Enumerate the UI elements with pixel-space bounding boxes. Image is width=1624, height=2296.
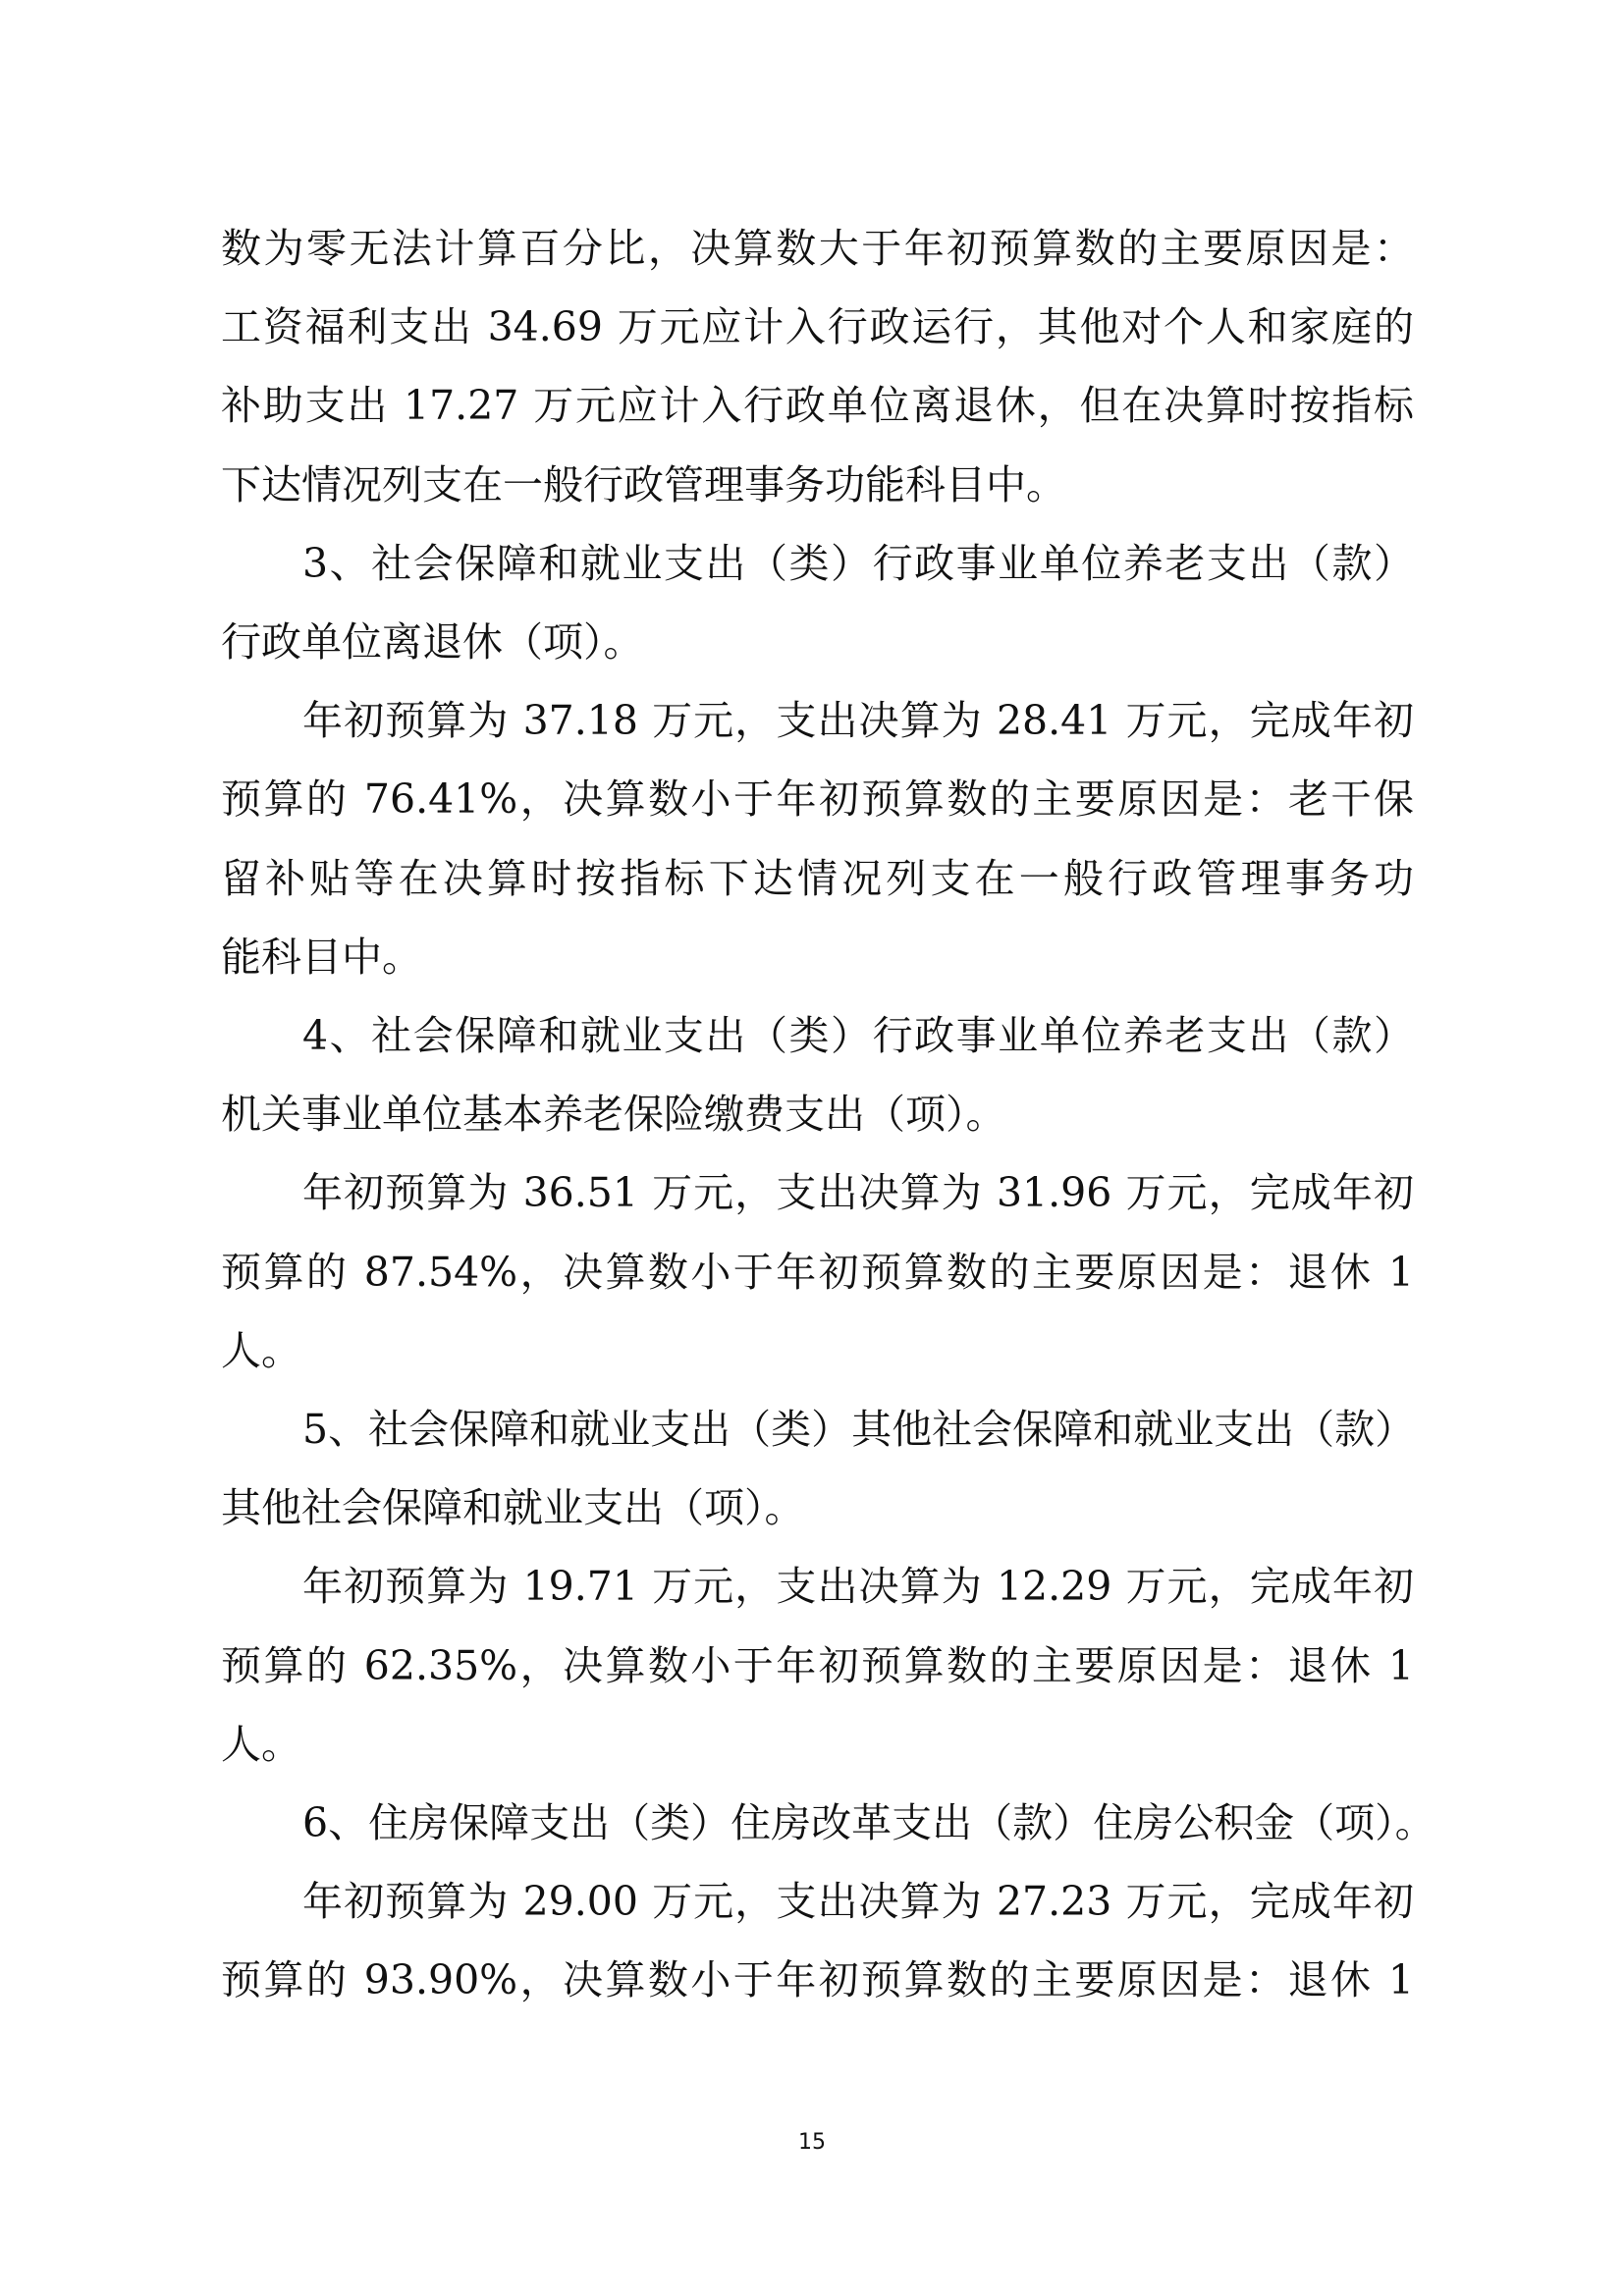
text-line: 机关事业单位基本养老保险缴费支出（项）。 bbox=[221, 1075, 1414, 1153]
text-line: 6、住房保障支出（类）住房改革支出（款）住房公积金（项）。 bbox=[302, 1784, 1414, 1862]
document-page: 数为零无法计算百分比，决算数大于年初预算数的主要原因是：工资福利支出 34.69… bbox=[0, 0, 1624, 2296]
text-line: 3、社会保障和就业支出（类）行政事业单位养老支出（款） bbox=[302, 524, 1414, 603]
text-line: 预算的 93.90%，决算数小于年初预算数的主要原因是：退休 1 bbox=[221, 1941, 1414, 2019]
text-line: 工资福利支出 34.69 万元应计入行政运行，其他对个人和家庭的 bbox=[221, 288, 1414, 366]
text-line: 4、社会保障和就业支出（类）行政事业单位养老支出（款） bbox=[302, 996, 1414, 1075]
text-line: 人。 bbox=[221, 1705, 1414, 1784]
text-line: 预算的 87.54%，决算数小于年初预算数的主要原因是：退休 1 bbox=[221, 1233, 1414, 1311]
text-line: 下达情况列支在一般行政管理事务功能科目中。 bbox=[221, 446, 1414, 524]
text-line: 行政单位离退休（项）。 bbox=[221, 603, 1414, 681]
text-line: 年初预算为 37.18 万元，支出决算为 28.41 万元，完成年初 bbox=[302, 681, 1414, 760]
text-line: 5、社会保障和就业支出（类）其他社会保障和就业支出（款） bbox=[302, 1390, 1414, 1468]
text-line: 年初预算为 19.71 万元，支出决算为 12.29 万元，完成年初 bbox=[302, 1547, 1414, 1626]
text-line: 预算的 62.35%，决算数小于年初预算数的主要原因是：退休 1 bbox=[221, 1627, 1414, 1705]
text-line: 预算的 76.41%，决算数小于年初预算数的主要原因是：老干保 bbox=[221, 760, 1414, 838]
text-line: 数为零无法计算百分比，决算数大于年初预算数的主要原因是： bbox=[221, 209, 1414, 288]
text-line: 留补贴等在决算时按指标下达情况列支在一般行政管理事务功 bbox=[221, 839, 1414, 918]
page-number: 15 bbox=[0, 2130, 1624, 2155]
text-line: 能科目中。 bbox=[221, 918, 1414, 996]
text-line: 其他社会保障和就业支出（项）。 bbox=[221, 1468, 1414, 1547]
text-line: 人。 bbox=[221, 1311, 1414, 1390]
text-line: 补助支出 17.27 万元应计入行政单位离退休，但在决算时按指标 bbox=[221, 366, 1414, 445]
text-line: 年初预算为 36.51 万元，支出决算为 31.96 万元，完成年初 bbox=[302, 1153, 1414, 1232]
text-line: 年初预算为 29.00 万元，支出决算为 27.23 万元，完成年初 bbox=[302, 1862, 1414, 1941]
